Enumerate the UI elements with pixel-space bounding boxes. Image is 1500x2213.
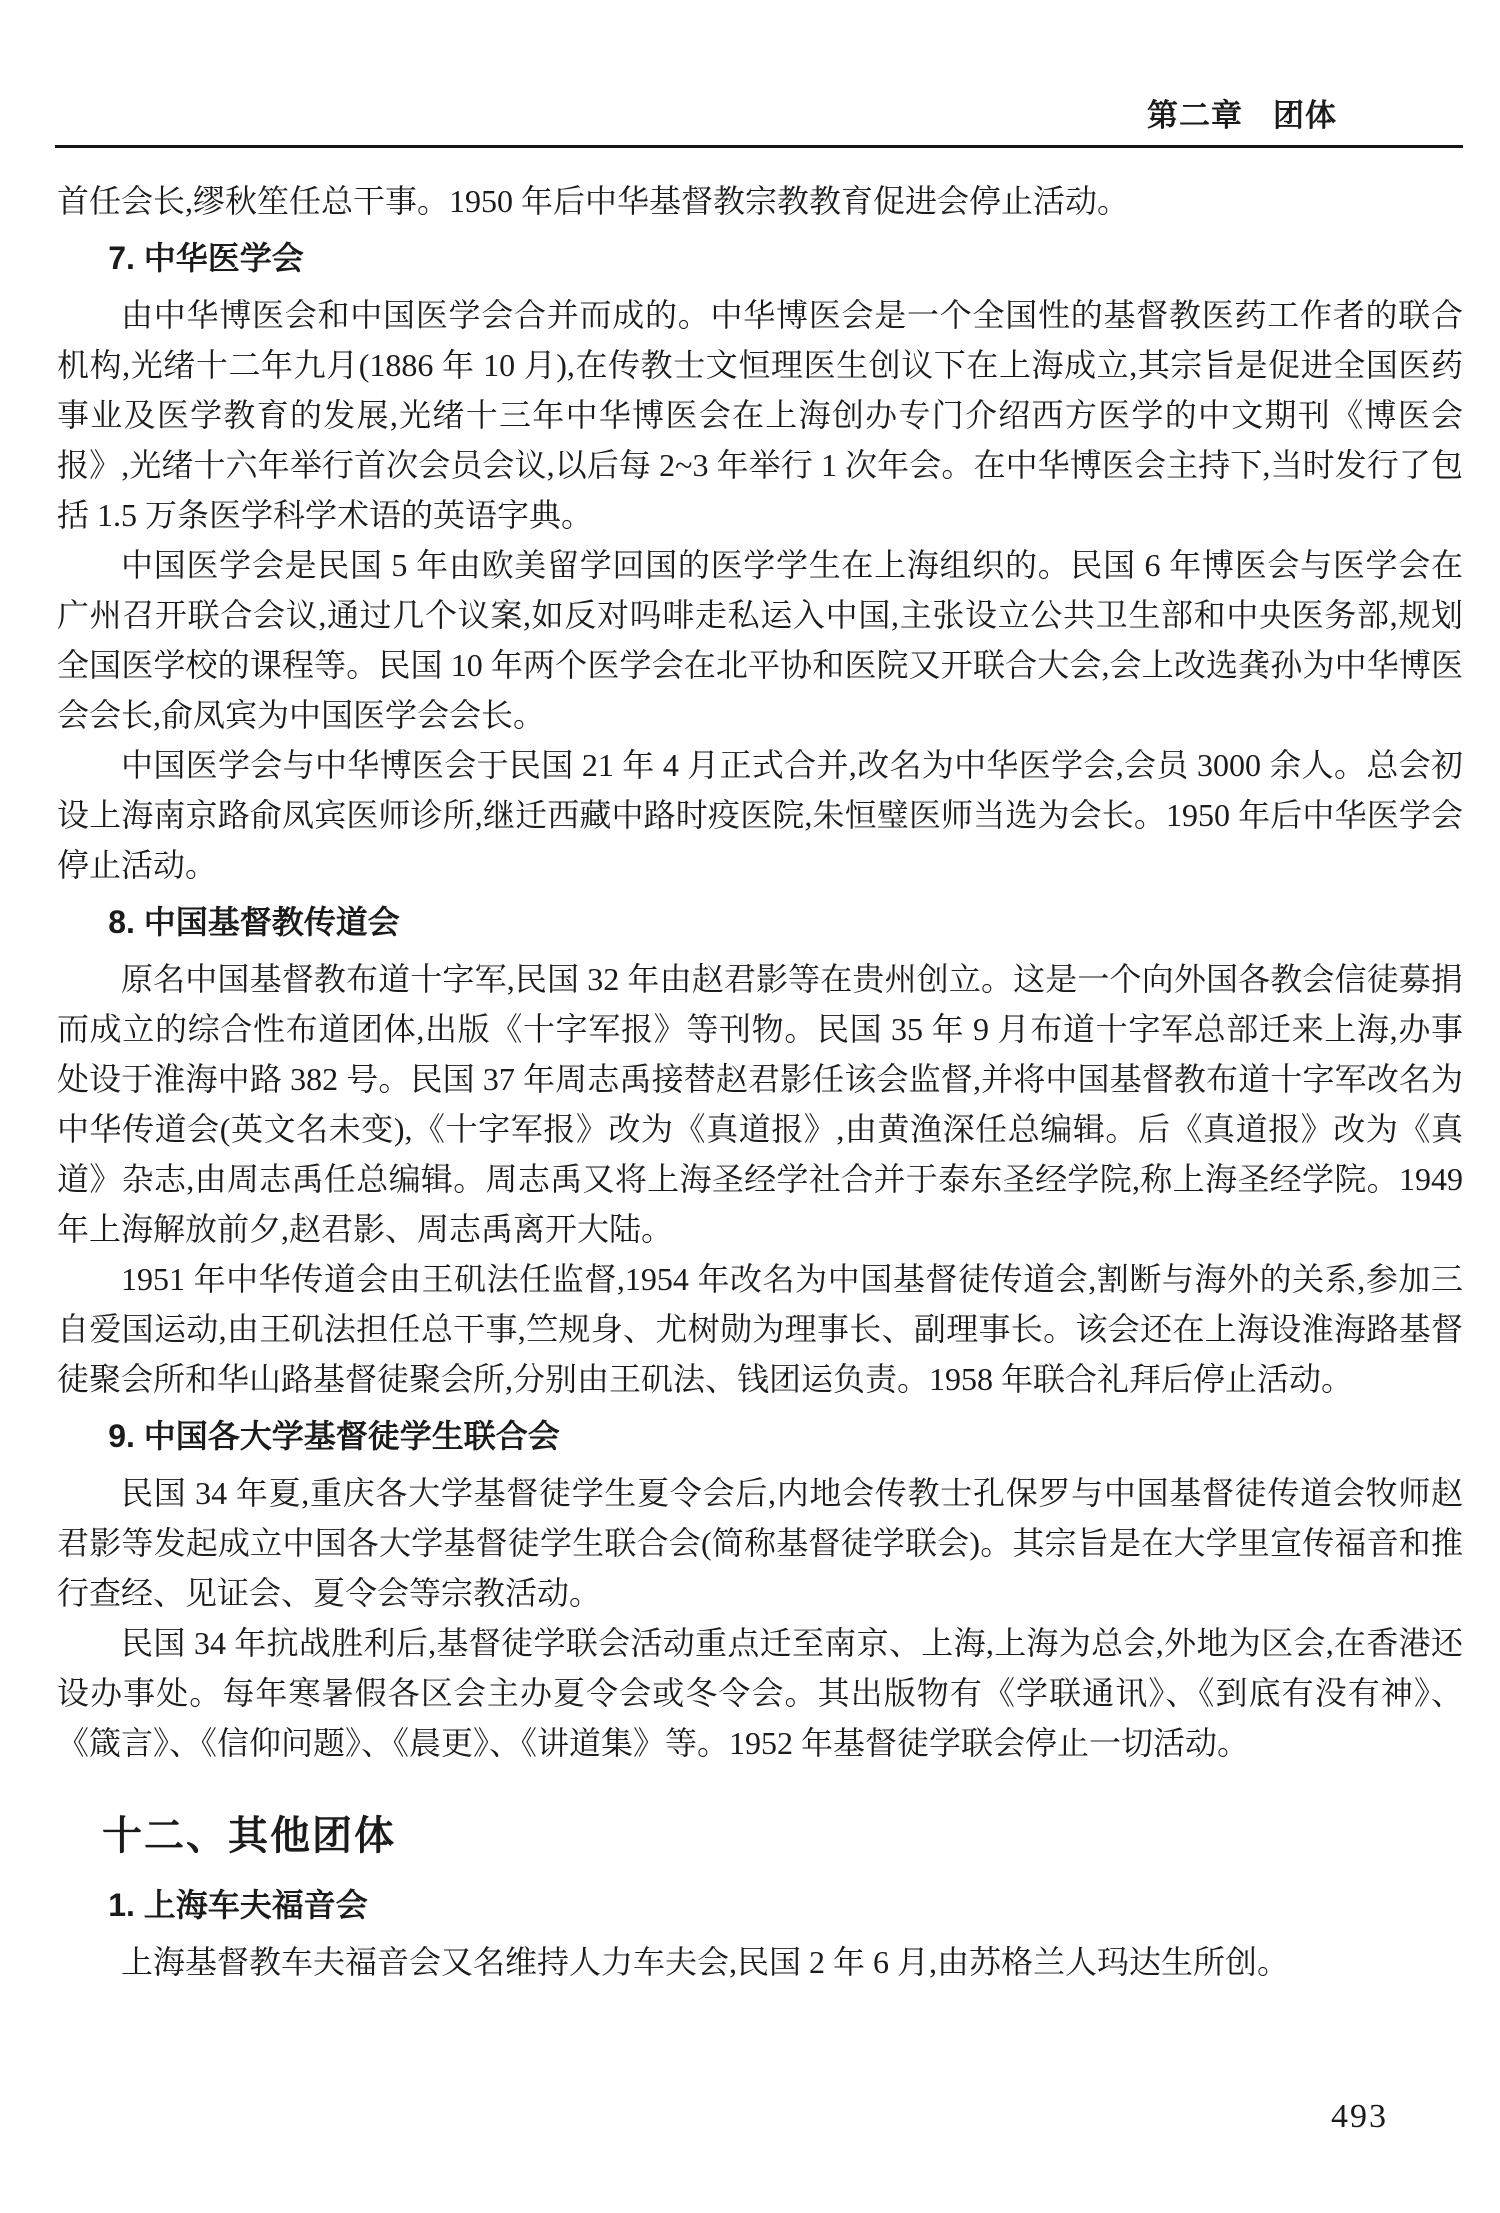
running-header-section: 团体 <box>1273 98 1337 133</box>
body-paragraph: 原名中国基督教布道十字军,民国 32 年由赵君影等在贵州创立。这是一个向外国各教… <box>57 954 1463 1254</box>
running-header: 第二章团体 <box>1147 90 1337 135</box>
running-header-chapter: 第二章 <box>1147 98 1243 133</box>
numbered-heading: 7. 中华医学会 <box>57 233 1463 283</box>
body-paragraph: 上海基督教车夫福音会又名维持人力车夫会,民国 2 年 6 月,由苏格兰人玛达生所… <box>57 1937 1463 1987</box>
section-heading: 十二、其他团体 <box>102 1810 1463 1862</box>
body-paragraph: 中国医学会是民国 5 年由欧美留学回国的医学学生在上海组织的。民国 6 年博医会… <box>57 540 1463 740</box>
body-paragraph: 民国 34 年抗战胜利后,基督徒学联会活动重点迁至南京、上海,上海为总会,外地为… <box>57 1618 1463 1768</box>
body-paragraph: 首任会长,缪秋笙任总干事。1950 年后中华基督教宗教教育促进会停止活动。 <box>57 176 1463 226</box>
body-paragraph: 民国 34 年夏,重庆各大学基督徒学生夏令会后,内地会传教士孔保罗与中国基督徒传… <box>57 1468 1463 1618</box>
book-page: 第二章团体 首任会长,缪秋笙任总干事。1950 年后中华基督教宗教教育促进会停止… <box>0 0 1500 2213</box>
page-content: 首任会长,缪秋笙任总干事。1950 年后中华基督教宗教教育促进会停止活动。 7.… <box>57 176 1463 1987</box>
body-paragraph: 1951 年中华传道会由王矶法任监督,1954 年改名为中国基督徒传道会,割断与… <box>57 1254 1463 1404</box>
numbered-heading: 9. 中国各大学基督徒学生联合会 <box>57 1411 1463 1461</box>
numbered-heading: 1. 上海车夫福音会 <box>57 1880 1463 1930</box>
page-number: 493 <box>1331 2098 1388 2136</box>
numbered-heading: 8. 中国基督教传道会 <box>57 897 1463 947</box>
body-paragraph: 中国医学会与中华博医会于民国 21 年 4 月正式合并,改名为中华医学会,会员 … <box>57 740 1463 890</box>
header-rule <box>55 145 1463 148</box>
body-paragraph: 由中华博医会和中国医学会合并而成的。中华博医会是一个全国性的基督教医药工作者的联… <box>57 290 1463 540</box>
